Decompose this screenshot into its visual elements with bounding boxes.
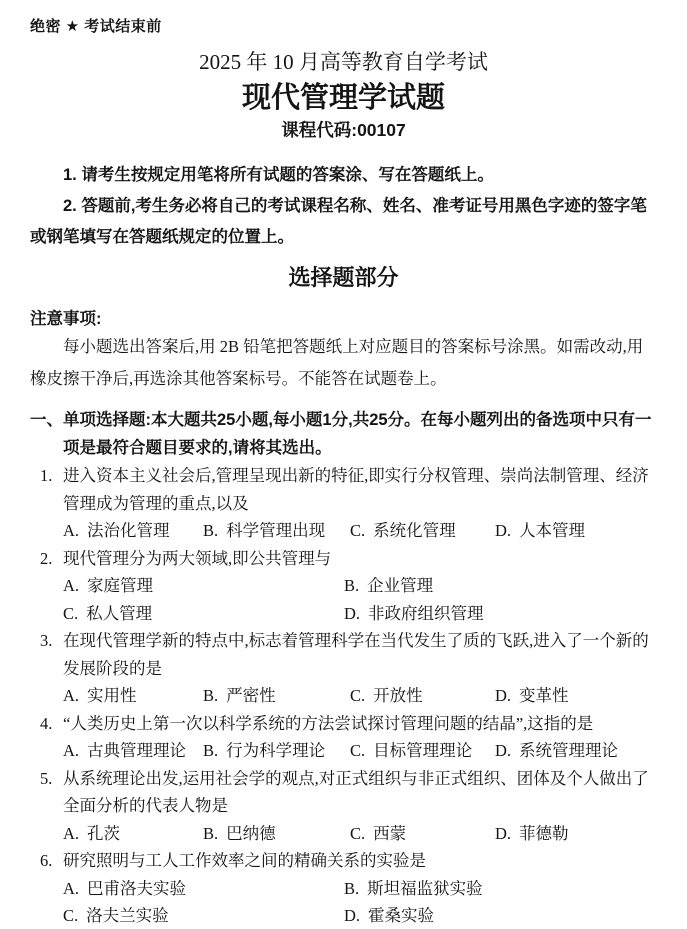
- option-text: 系统化管理: [373, 521, 456, 540]
- question-2-options: A.家庭管理 B.企业管理 C.私人管理 D.非政府组织管理: [63, 572, 657, 627]
- option-label: C.: [63, 906, 78, 925]
- question-2-stem: 现代管理分为两大领域,即公共管理与: [63, 545, 657, 573]
- question-list: 1. 进入资本主义社会后,管理呈现出新的特征,即实行分权管理、崇尚法制管理、经济…: [30, 462, 657, 929]
- option-text: 菲德勒: [519, 824, 569, 843]
- question-5-options: A.孔茨 B.巴纳德 C.西蒙 D.菲德勒: [63, 820, 657, 848]
- question-6-option-c: C.洛夫兰实验: [63, 902, 344, 929]
- option-text: 行为科学理论: [226, 741, 325, 760]
- instructions-block: 1. 请考生按规定用笔将所有试题的答案涂、写在答题纸上。 2. 答题前,考生务必…: [30, 160, 657, 253]
- option-text: 西蒙: [373, 824, 406, 843]
- option-text: 洛夫兰实验: [86, 906, 169, 925]
- option-text: 人本管理: [519, 521, 585, 540]
- question-4-option-c: C.目标管理理论: [350, 737, 495, 765]
- question-4-option-d: D.系统管理理论: [495, 737, 657, 765]
- question-1-option-b: B.科学管理出现: [203, 517, 350, 545]
- option-text: 家庭管理: [87, 576, 153, 595]
- exam-paper-page: 绝密 ★ 考试结束前 2025 年 10 月高等教育自学考试 现代管理学试题 课…: [0, 0, 687, 929]
- option-text: 斯坦福监狱实验: [367, 879, 483, 898]
- secrecy-label: 绝密 ★ 考试结束前: [30, 18, 657, 36]
- option-label: A.: [63, 824, 79, 843]
- question-6-option-d: D.霍桑实验: [344, 902, 657, 929]
- question-2-option-c: C.私人管理: [63, 600, 344, 628]
- question-5-option-d: D.菲德勒: [495, 820, 657, 848]
- question-2: 2. 现代管理分为两大领域,即公共管理与 A.家庭管理 B.企业管理 C.私人管…: [30, 545, 657, 628]
- option-text: 古典管理理论: [87, 741, 186, 760]
- option-text: 企业管理: [367, 576, 433, 595]
- question-3-stem: 在现代管理学新的特点中,标志着管理科学在当代发生了质的飞跃,进入了一个新的发展阶…: [63, 627, 657, 682]
- question-1-option-a: A.法治化管理: [63, 517, 203, 545]
- option-label: A.: [63, 521, 79, 540]
- option-label: D.: [344, 906, 360, 925]
- option-text: 科学管理出现: [226, 521, 325, 540]
- option-text: 巴甫洛夫实验: [87, 879, 186, 898]
- question-5-option-c: C.西蒙: [350, 820, 495, 848]
- question-1: 1. 进入资本主义社会后,管理呈现出新的特征,即实行分权管理、崇尚法制管理、经济…: [30, 462, 657, 545]
- option-label: B.: [203, 521, 218, 540]
- instruction-item-2: 2. 答题前,考生务必将自己的考试课程名称、姓名、准考证号用黑色字迹的签字笔或钢…: [30, 191, 657, 253]
- instruction-item-1: 1. 请考生按规定用笔将所有试题的答案涂、写在答题纸上。: [30, 160, 657, 191]
- option-text: 系统管理理论: [519, 741, 618, 760]
- option-label: A.: [63, 686, 79, 705]
- question-5-option-a: A.孔茨: [63, 820, 203, 848]
- option-label: C.: [350, 741, 365, 760]
- option-text: 严密性: [226, 686, 276, 705]
- question-1-number: 1.: [40, 462, 52, 490]
- option-text: 非政府组织管理: [368, 604, 484, 623]
- option-label: B.: [344, 879, 359, 898]
- question-3-number: 3.: [40, 627, 52, 655]
- option-text: 变革性: [519, 686, 569, 705]
- question-3-option-d: D.变革性: [495, 682, 657, 710]
- option-label: B.: [203, 741, 218, 760]
- option-label: B.: [203, 686, 218, 705]
- option-label: C.: [350, 521, 365, 540]
- option-label: C.: [63, 604, 78, 623]
- question-1-option-d: D.人本管理: [495, 517, 657, 545]
- question-4-option-b: B.行为科学理论: [203, 737, 350, 765]
- part-one-heading-text: 单项选择题:本大题共25小题,每小题1分,共25分。在每小题列出的备选项中只有一…: [63, 411, 652, 457]
- question-4-option-a: A.古典管理理论: [63, 737, 203, 765]
- question-2-option-d: D.非政府组织管理: [344, 600, 657, 628]
- question-1-options: A.法治化管理 B.科学管理出现 C.系统化管理 D.人本管理: [63, 517, 657, 545]
- exam-session-title: 2025 年 10 月高等教育自学考试: [30, 49, 657, 75]
- question-4-stem: “人类历史上第一次以科学系统的方法尝试探讨管理问题的结晶”,这指的是: [63, 710, 657, 738]
- section-title: 选择题部分: [30, 263, 657, 293]
- option-label: A.: [63, 879, 79, 898]
- option-label: A.: [63, 741, 79, 760]
- option-label: D.: [495, 824, 511, 843]
- part-one-number-label: 一、: [30, 407, 63, 435]
- question-6-number: 6.: [40, 847, 52, 875]
- option-label: B.: [203, 824, 218, 843]
- paper-title: 现代管理学试题: [30, 81, 657, 115]
- option-label: A.: [63, 576, 79, 595]
- option-text: 孔茨: [87, 824, 120, 843]
- question-2-number: 2.: [40, 545, 52, 573]
- question-6-option-a: A.巴甫洛夫实验: [63, 875, 344, 903]
- option-text: 实用性: [87, 686, 137, 705]
- question-5-option-b: B.巴纳德: [203, 820, 350, 848]
- option-label: D.: [495, 741, 511, 760]
- question-4-number: 4.: [40, 710, 52, 738]
- option-text: 巴纳德: [226, 824, 276, 843]
- option-label: D.: [495, 686, 511, 705]
- option-text: 目标管理理论: [373, 741, 472, 760]
- question-6-options: A.巴甫洛夫实验 B.斯坦福监狱实验 C.洛夫兰实验 D.霍桑实验: [63, 875, 657, 929]
- option-label: B.: [344, 576, 359, 595]
- question-5-stem: 从系统理论出发,运用社会学的观点,对正式组织与非正式组织、团体及个人做出了全面分…: [63, 765, 657, 820]
- part-one-heading: 一、单项选择题:本大题共25小题,每小题1分,共25分。在每小题列出的备选项中只…: [30, 407, 657, 462]
- question-3-option-c: C.开放性: [350, 682, 495, 710]
- question-3-option-b: B.严密性: [203, 682, 350, 710]
- question-3: 3. 在现代管理学新的特点中,标志着管理科学在当代发生了质的飞跃,进入了一个新的…: [30, 627, 657, 710]
- option-text: 私人管理: [86, 604, 152, 623]
- question-6: 6. 研究照明与工人工作效率之间的精确关系的实验是 A.巴甫洛夫实验 B.斯坦福…: [30, 847, 657, 929]
- notice-title: 注意事项:: [30, 307, 657, 331]
- course-code: 课程代码:00107: [30, 119, 657, 141]
- option-text: 开放性: [373, 686, 423, 705]
- question-5-number: 5.: [40, 765, 52, 793]
- question-6-stem: 研究照明与工人工作效率之间的精确关系的实验是: [63, 847, 657, 875]
- option-text: 霍桑实验: [368, 906, 434, 925]
- question-3-options: A.实用性 B.严密性 C.开放性 D.变革性: [63, 682, 657, 710]
- question-5: 5. 从系统理论出发,运用社会学的观点,对正式组织与非正式组织、团体及个人做出了…: [30, 765, 657, 848]
- option-label: D.: [344, 604, 360, 623]
- question-2-option-b: B.企业管理: [344, 572, 657, 600]
- question-1-stem: 进入资本主义社会后,管理呈现出新的特征,即实行分权管理、崇尚法制管理、经济管理成…: [63, 462, 657, 517]
- question-2-option-a: A.家庭管理: [63, 572, 344, 600]
- question-4: 4. “人类历史上第一次以科学系统的方法尝试探讨管理问题的结晶”,这指的是 A.…: [30, 710, 657, 765]
- question-3-option-a: A.实用性: [63, 682, 203, 710]
- notice-body: 每小题选出答案后,用 2B 铅笔把答题纸上对应题目的答案标号涂黑。如需改动,用橡…: [30, 331, 657, 395]
- question-6-option-b: B.斯坦福监狱实验: [344, 875, 657, 903]
- option-label: C.: [350, 824, 365, 843]
- option-label: C.: [350, 686, 365, 705]
- option-label: D.: [495, 521, 511, 540]
- option-text: 法治化管理: [87, 521, 170, 540]
- question-4-options: A.古典管理理论 B.行为科学理论 C.目标管理理论 D.系统管理理论: [63, 737, 657, 765]
- question-1-option-c: C.系统化管理: [350, 517, 495, 545]
